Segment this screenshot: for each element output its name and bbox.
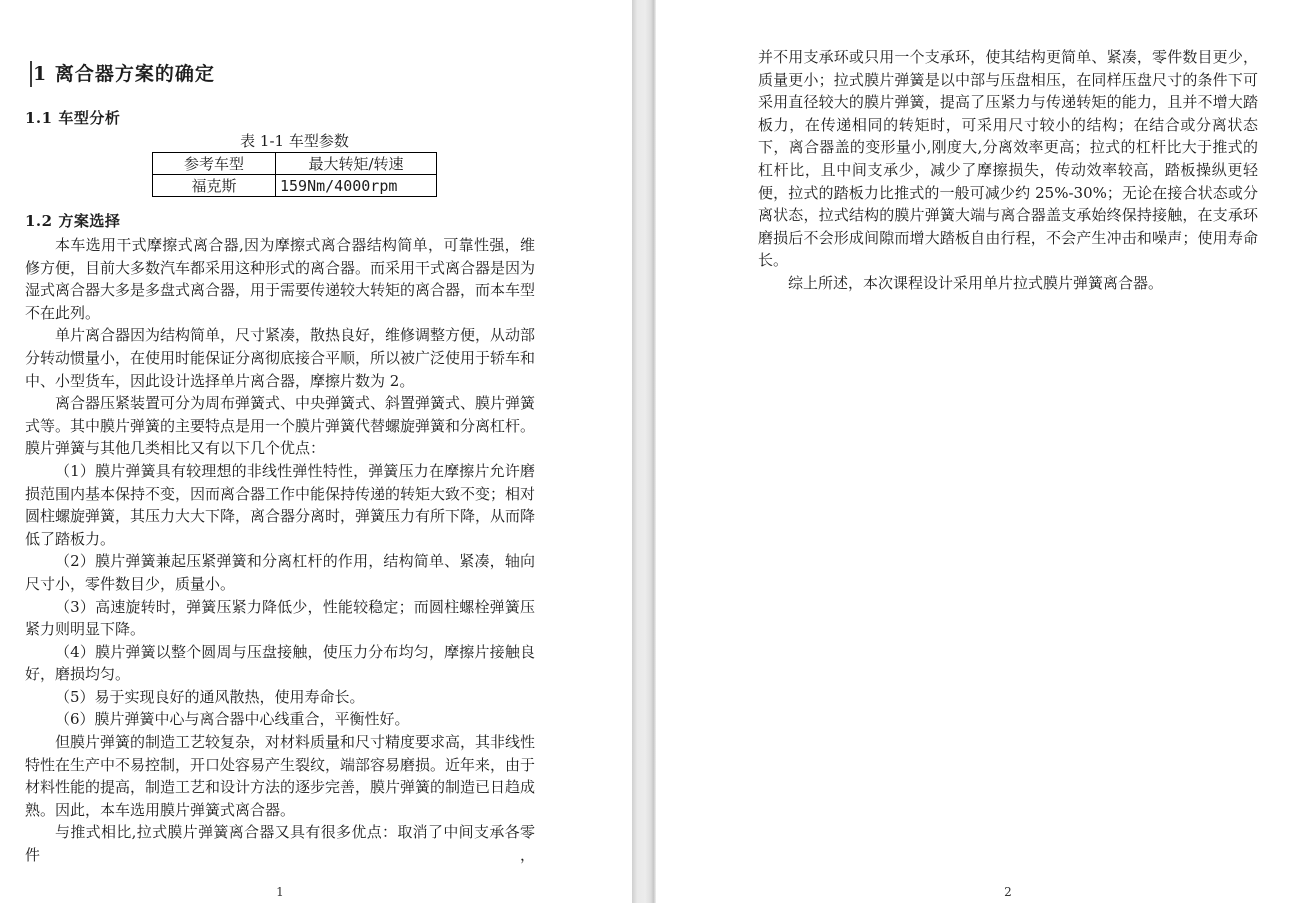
page-number-1: 1 (25, 885, 535, 899)
table-cell-model[interactable]: 福克斯 (153, 175, 276, 197)
document-viewport: 1 离合器方案的确定 1.1 车型分析 表 1-1 车型参数 参考车型 最大转矩… (0, 0, 1289, 903)
page-number-2: 2 (758, 885, 1258, 899)
table-header-row: 参考车型 最大转矩/转速 (153, 153, 437, 175)
table-caption[interactable]: 表 1-1 车型参数 (152, 133, 437, 150)
document-page-2[interactable]: 并不用支承环或只用一个支承环，使其结构更简单、紧凑，零件数目更少，质量更小；拉式… (656, 0, 1289, 903)
table-row: 福克斯 159Nm/4000rpm (153, 175, 437, 197)
paragraph[interactable]: 离合器压紧装置可分为周布弹簧式、中央弹簧式、斜置弹簧式、膜片弹簧式等。其中膜片弹… (25, 392, 535, 460)
conclusion-paragraph[interactable]: 综上所述，本次课程设计采用单片拉式膜片弹簧离合器。 (758, 272, 1258, 295)
page-gap-divider (632, 0, 656, 903)
paragraph[interactable]: （1）膜片弹簧具有较理想的非线性弹性特性，弹簧压力在摩擦片允许磨损范围内基本保持… (25, 460, 535, 550)
paragraph[interactable]: （4）膜片弹簧以整个圆周与压盘接触，使压力分布均匀，摩擦片接触良好，磨损均匀。 (25, 641, 535, 686)
paragraph-continued-from-previous-page[interactable]: 并不用支承环或只用一个支承环，使其结构更简单、紧凑，零件数目更少，质量更小；拉式… (758, 46, 1258, 272)
vehicle-parameter-table[interactable]: 参考车型 最大转矩/转速 福克斯 159Nm/4000rpm (152, 152, 437, 197)
chapter-title-text[interactable]: 1 离合器方案的确定 (33, 63, 215, 85)
table-header-model[interactable]: 参考车型 (153, 153, 276, 175)
section-heading-1-2[interactable]: 1.2 方案选择 (25, 213, 535, 229)
paragraph[interactable]: 本车选用干式摩擦式离合器,因为摩擦式离合器结构简单，可靠性强，维修方便，目前大多… (25, 234, 535, 324)
page-1-body: 本车选用干式摩擦式离合器,因为摩擦式离合器结构简单，可靠性强，维修方便，目前大多… (25, 234, 535, 867)
text-cursor-caret (30, 61, 32, 87)
chapter-title[interactable]: 1 离合器方案的确定 (25, 60, 535, 88)
table-cell-torque[interactable]: 159Nm/4000rpm (276, 175, 437, 197)
paragraph[interactable]: （6）膜片弹簧中心与离合器中心线重合，平衡性好。 (25, 708, 535, 731)
paragraph[interactable]: （5）易于实现良好的通风散热，使用寿命长。 (25, 686, 535, 709)
paragraph[interactable]: 单片离合器因为结构简单，尺寸紧凑，散热良好，维修调整方便，从动部分转动惯量小，在… (25, 324, 535, 392)
paragraph-continues-next-page[interactable]: 与推式相比,拉式膜片弹簧离合器又具有很多优点：取消了中间支承各零件， (25, 821, 535, 866)
paragraph[interactable]: 但膜片弹簧的制造工艺较复杂，对材料质量和尺寸精度要求高，其非线性特性在生产中不易… (25, 731, 535, 821)
table-header-torque[interactable]: 最大转矩/转速 (276, 153, 437, 175)
section-heading-1-1[interactable]: 1.1 车型分析 (25, 110, 535, 126)
document-page-1[interactable]: 1 离合器方案的确定 1.1 车型分析 表 1-1 车型参数 参考车型 最大转矩… (0, 0, 632, 903)
paragraph[interactable]: （2）膜片弹簧兼起压紧弹簧和分离杠杆的作用，结构简单、紧凑，轴向尺寸小，零件数目… (25, 550, 535, 595)
paragraph[interactable]: （3）高速旋转时，弹簧压紧力降低少，性能较稳定；而圆柱螺栓弹簧压紧力则明显下降。 (25, 596, 535, 641)
